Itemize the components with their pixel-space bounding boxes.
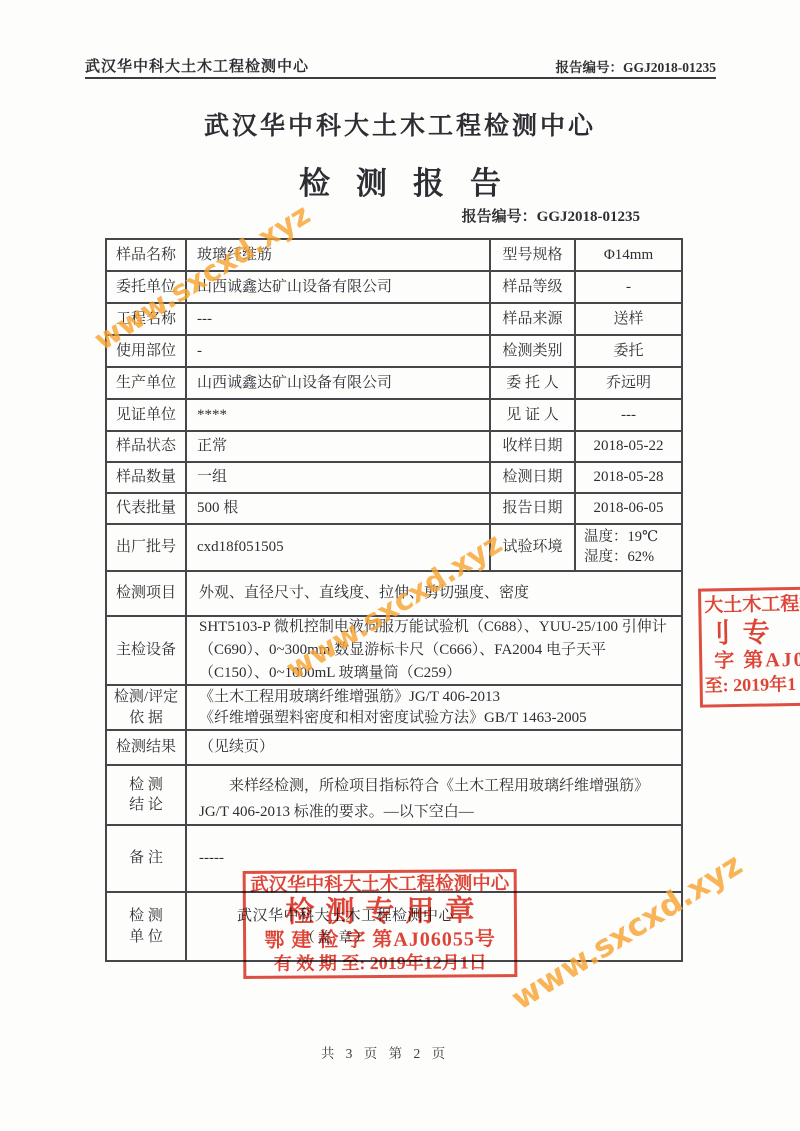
seal-title: 检测专用章 xyxy=(274,895,485,928)
row-label2: 检测类别 xyxy=(491,336,574,366)
row-value: **** xyxy=(185,400,491,430)
row-label2: 收样日期 xyxy=(491,432,574,461)
title-report-number: 报告编号：GGJ2018-01235 xyxy=(462,205,640,226)
row-label: 生产单位 xyxy=(107,368,185,398)
row-label2: 委 托 人 xyxy=(491,368,574,398)
row-label: 检 测 结 论 xyxy=(107,766,185,824)
row-label2: 样品来源 xyxy=(491,304,574,334)
header-org-name: 武汉华中科大土木工程检测中心 xyxy=(85,55,309,76)
table-row: 出厂批号 cxd18f051505 试验环境 温度：19℃ 湿度：62% xyxy=(107,525,681,572)
header-divider xyxy=(85,77,716,79)
row-label: 样品名称 xyxy=(107,240,185,270)
row-value2: 2018-05-22 xyxy=(574,432,681,461)
row-value2: Φ14mm xyxy=(574,240,681,270)
row-value: SHT5103-P 微机控制电液伺服万能试验机（C688）、YUU-25/100… xyxy=(185,617,681,684)
row-label2: 检测日期 xyxy=(491,463,574,492)
row-value: 一组 xyxy=(185,463,491,492)
table-row: 样品状态 正常 收样日期 2018-05-22 xyxy=(107,432,681,463)
row-label: 样品数量 xyxy=(107,463,185,492)
header-report-number: 报告编号：GGJ2018-01235 xyxy=(556,56,717,76)
row-value2: 委托 xyxy=(574,336,681,366)
table-row: 代表批量 500 根 报告日期 2018-06-05 xyxy=(107,494,681,525)
row-value2: 乔远明 xyxy=(574,368,681,398)
table-row: 工程名称 --- 样品来源 送样 xyxy=(107,304,681,336)
table-row: 生产单位 山西诚鑫达矿山设备有限公司 委 托 人 乔远明 xyxy=(107,368,681,400)
seal-title-partial: 刂专 用 xyxy=(701,615,800,648)
row-value2: - xyxy=(574,272,681,302)
table-row: 主检设备 SHT5103-P 微机控制电液伺服万能试验机（C688）、YUU-2… xyxy=(107,617,681,686)
page-number: 共 3 页 第 2 页 xyxy=(0,1042,770,1062)
title-org-name: 武汉华中科大土木工程检测中心 xyxy=(0,106,800,142)
row-value2: 2018-06-05 xyxy=(574,494,681,523)
seal-org-name: 武汉华中科大土木工程检测中心 xyxy=(250,873,509,897)
table-row: 使用部位 - 检测类别 委托 xyxy=(107,336,681,368)
row-label: 样品状态 xyxy=(107,432,185,461)
row-label: 检 测 单 位 xyxy=(107,893,185,960)
title-document: 检测报告 xyxy=(0,158,800,203)
row-label: 检测/评定 依 据 xyxy=(107,686,185,729)
row-value: 500 根 xyxy=(185,494,491,523)
seal-license-number: 鄂 建 检 字 第AJ06055号 xyxy=(264,927,496,954)
seal-valid-until: 有 效 期 至: 2019年12月1日 xyxy=(274,952,487,974)
row-value: 来样经检测，所检项目指标符合《土木工程用玻璃纤维增强筋》JG/T 406-201… xyxy=(185,766,681,824)
table-row: 检测/评定 依 据 《土木工程用玻璃纤维增强筋》JG/T 406-2013 《纤… xyxy=(107,686,681,731)
row-label: 检测结果 xyxy=(107,731,185,764)
row-value: 山西诚鑫达矿山设备有限公司 xyxy=(185,368,491,398)
report-page: 武汉华中科大土木工程检测中心 报告编号：GGJ2018-01235 武汉华中科大… xyxy=(0,0,800,1131)
official-seal-main: 武汉华中科大土木工程检测中心 检测专用章 鄂 建 检 字 第AJ06055号 有… xyxy=(243,869,518,979)
row-value: 《土木工程用玻璃纤维增强筋》JG/T 406-2013 《纤维增强塑料密度和相对… xyxy=(185,686,681,729)
seal-valid-partial: 至: 2019年1 xyxy=(702,671,800,696)
row-value2: 温度：19℃ 湿度：62% xyxy=(574,525,681,570)
seal-org-name-partial: 大土木工程检 xyxy=(701,590,800,618)
seal-license-partial: 字 第AJ0 xyxy=(702,645,800,674)
row-label: 备 注 xyxy=(107,826,185,891)
row-value2: --- xyxy=(574,400,681,430)
row-value2: 送样 xyxy=(574,304,681,334)
row-label: 检测项目 xyxy=(107,572,185,615)
row-label: 见证单位 xyxy=(107,400,185,430)
row-label2: 见 证 人 xyxy=(491,400,574,430)
row-value: 正常 xyxy=(185,432,491,461)
row-label: 主检设备 xyxy=(107,617,185,684)
row-label: 代表批量 xyxy=(107,494,185,523)
row-value2: 2018-05-28 xyxy=(574,463,681,492)
row-value: （见续页） xyxy=(185,731,681,764)
table-row: 见证单位 **** 见 证 人 --- xyxy=(107,400,681,432)
row-value: - xyxy=(185,336,491,366)
row-label: 出厂批号 xyxy=(107,525,185,570)
table-row: 样品数量 一组 检测日期 2018-05-28 xyxy=(107,463,681,494)
row-label2: 型号规格 xyxy=(491,240,574,270)
conclusion-text: 来样经检测，所检项目指标符合《土木工程用玻璃纤维增强筋》JG/T 406-201… xyxy=(199,774,669,825)
row-label2: 报告日期 xyxy=(491,494,574,523)
table-row: 检测结果 （见续页） xyxy=(107,731,681,766)
row-value: --- xyxy=(185,304,491,334)
official-seal-partial: 大土木工程检 刂专 用 字 第AJ0 至: 2019年1 xyxy=(698,585,800,707)
table-row: 检 测 结 论 来样经检测，所检项目指标符合《土木工程用玻璃纤维增强筋》JG/T… xyxy=(107,766,681,826)
row-label2: 样品等级 xyxy=(491,272,574,302)
